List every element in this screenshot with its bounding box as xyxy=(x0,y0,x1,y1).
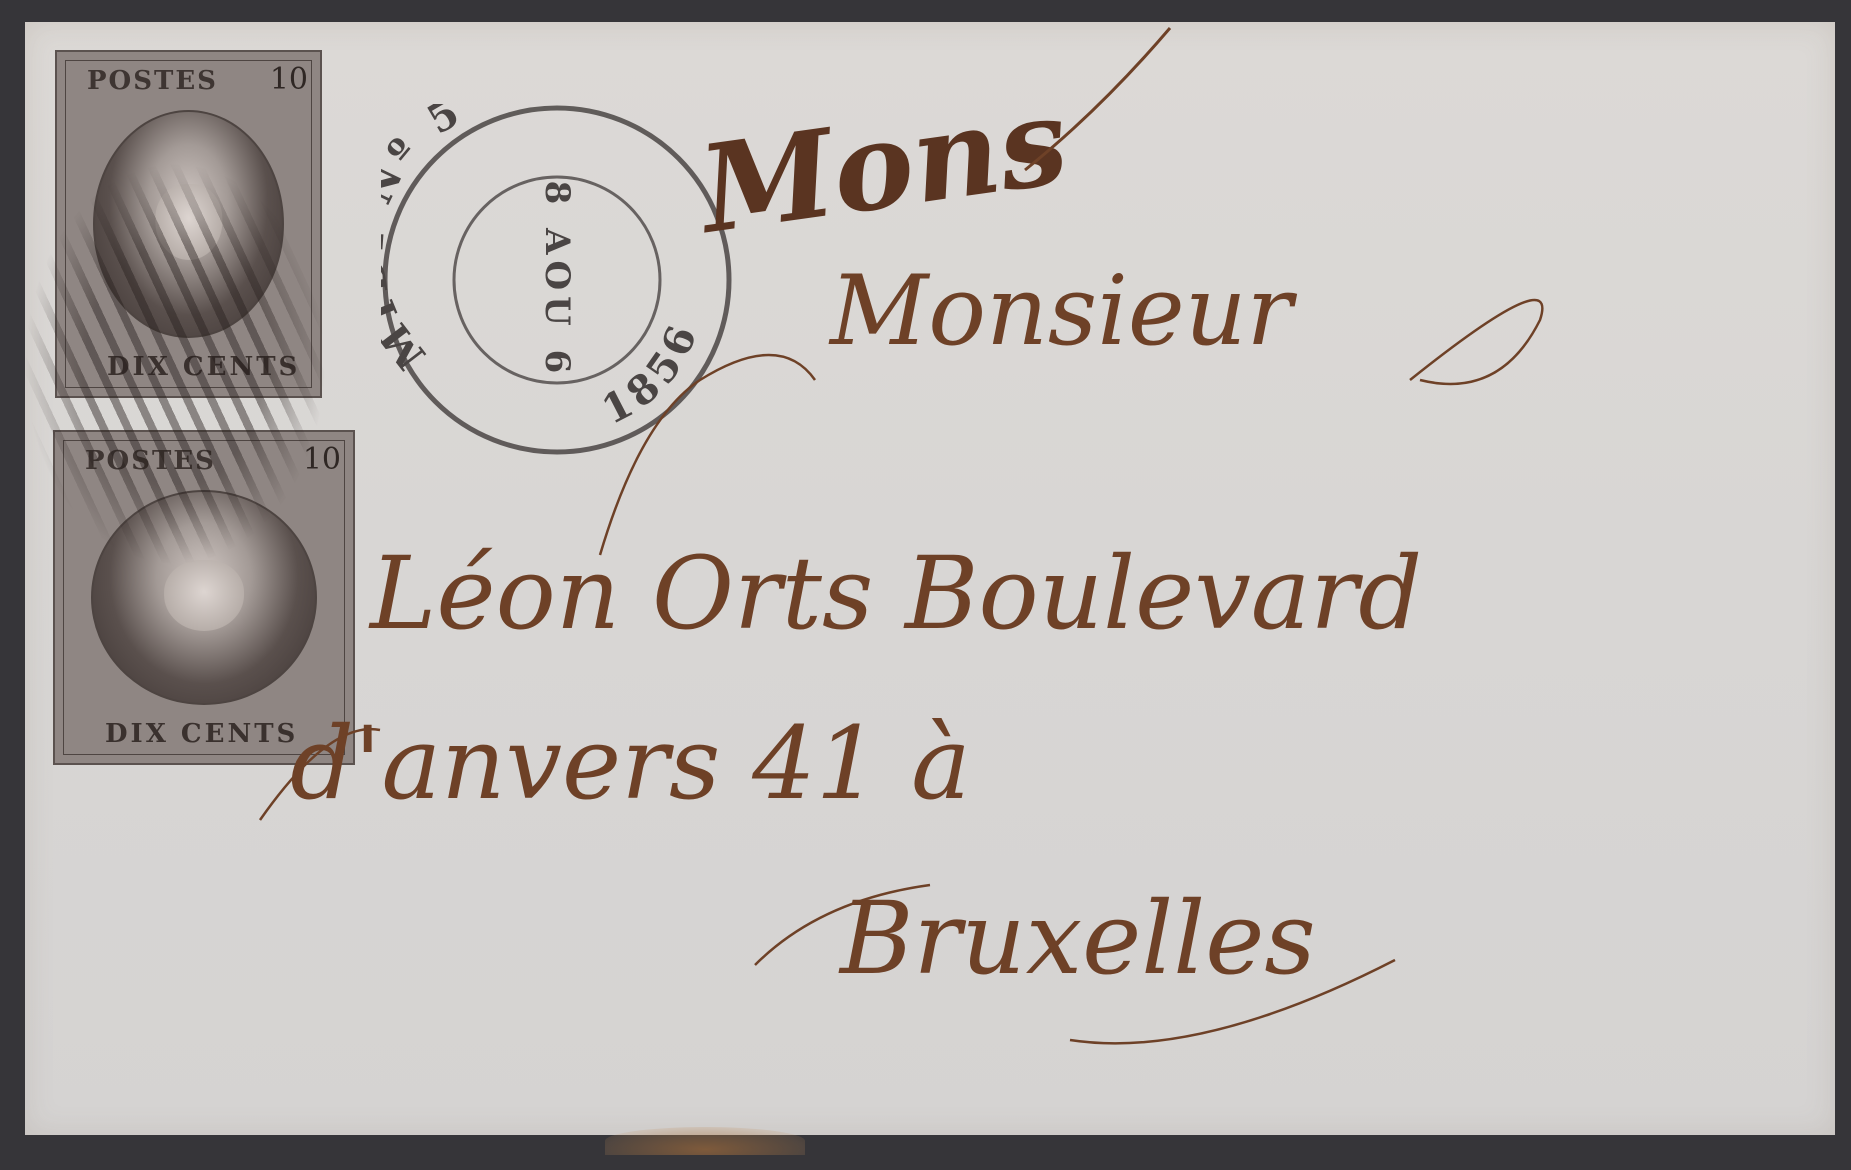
address-line-2: d'anvers 41 à xyxy=(290,705,971,822)
postmark-month: AOU xyxy=(537,228,577,332)
stain xyxy=(605,1127,805,1155)
portrait-face xyxy=(164,560,244,632)
stamp-value: 10 xyxy=(270,62,308,97)
address-city: Bruxelles xyxy=(840,880,1316,997)
stamp-denomination: DIX CENTS xyxy=(107,352,300,382)
portrait-oval xyxy=(93,110,284,338)
address-salutation: Monsieur xyxy=(830,255,1292,367)
stamp-top-label: POSTES xyxy=(87,66,218,96)
stamp-value: 10 xyxy=(303,442,341,477)
address-line-1: Léon Orts Boulevard xyxy=(370,535,1422,652)
stamp-top: POSTES 10 DIX CENTS xyxy=(55,50,322,398)
postmark-date: 8 AOU 6 xyxy=(537,181,577,380)
postmark-office: MIDI Nº 5 xyxy=(381,104,472,378)
postmark-day: 8 xyxy=(537,181,577,211)
portrait-face xyxy=(155,184,222,260)
stamp-denomination: DIX CENTS xyxy=(105,719,298,749)
postmark-hour: 6 xyxy=(537,350,577,380)
postmark-year: 1856 xyxy=(594,314,708,434)
svg-text:1856: 1856 xyxy=(594,314,708,434)
svg-text:MIDI Nº 5: MIDI Nº 5 xyxy=(381,104,472,378)
portrait-oval xyxy=(91,490,317,705)
stamp-top-label: POSTES xyxy=(85,446,216,476)
